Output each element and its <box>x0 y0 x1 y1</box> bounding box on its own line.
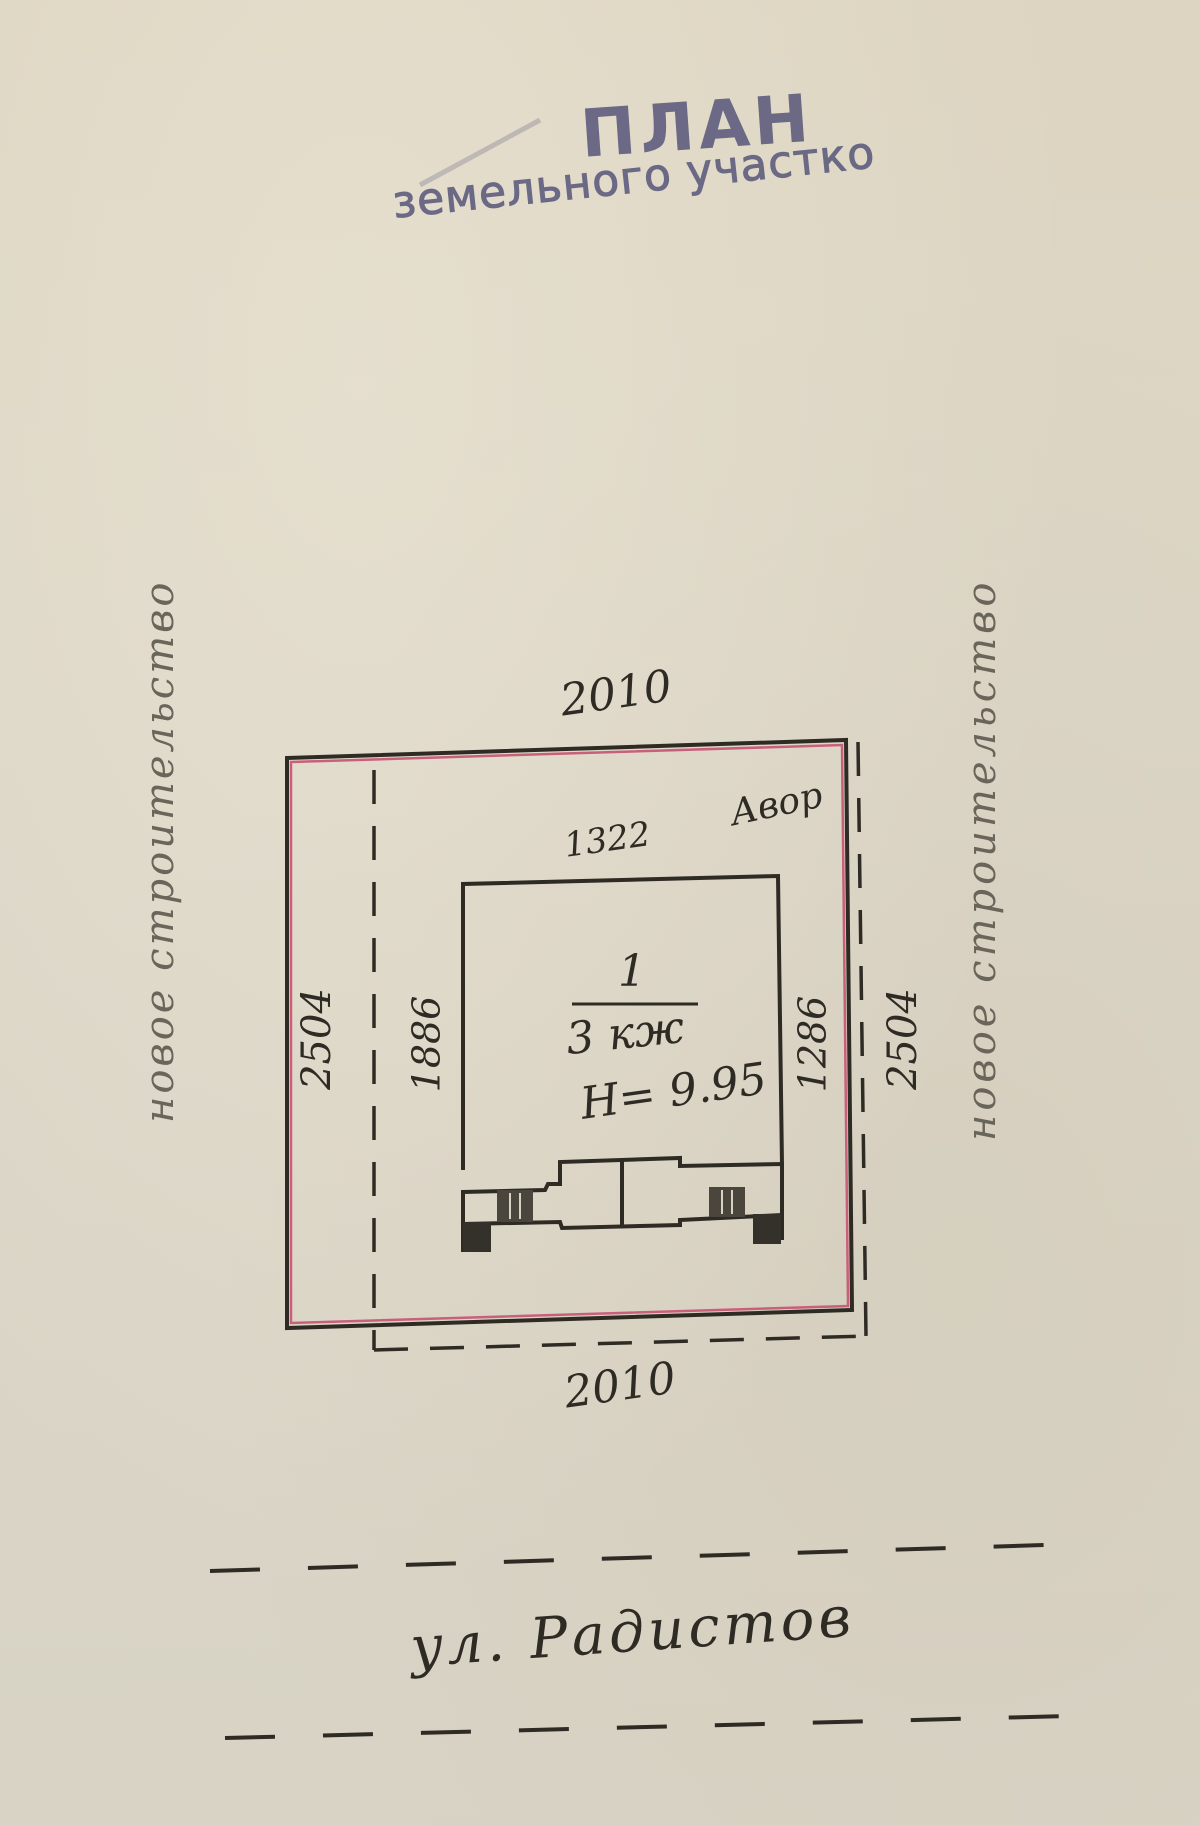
building-number: 1 <box>618 946 646 997</box>
document-page: ПЛАН земельного участко <box>0 0 1200 1825</box>
plot-right-dimension: 2504 <box>880 988 926 1090</box>
stamp-smudge <box>420 120 540 185</box>
plot-left-dimension: 2504 <box>294 988 340 1090</box>
neighbor-left-label: новое строительство <box>137 683 183 1123</box>
building-left-dimension: 1886 <box>404 996 448 1093</box>
neighbor-right-label: новое строительство <box>959 681 1005 1141</box>
building-right-dimension: 1286 <box>790 996 834 1093</box>
